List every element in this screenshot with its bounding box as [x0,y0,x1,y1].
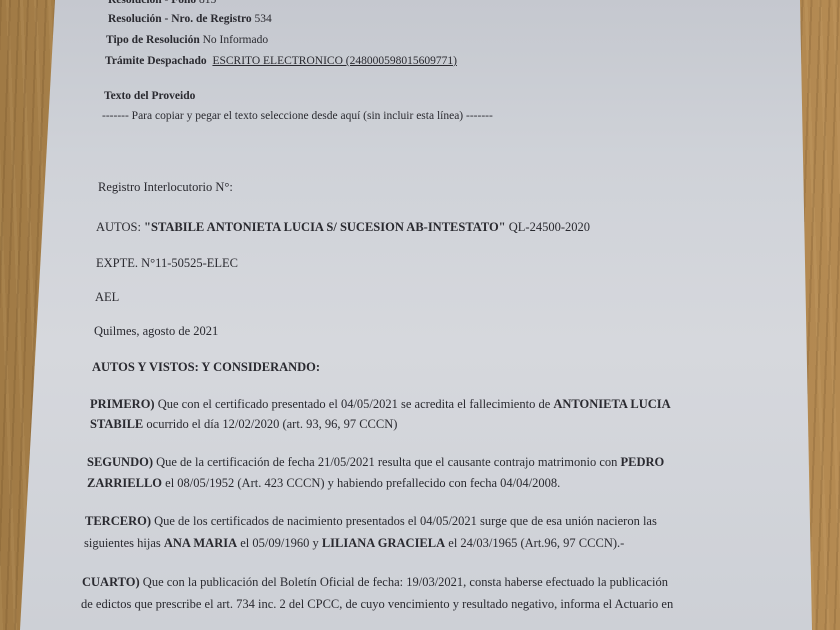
autos-prefix: AUTOS: [96,220,141,234]
folio-value: 815 [199,0,216,6]
registro-interlocutorio: Registro Interlocutorio N°: [98,180,233,195]
tipo-row: Tipo de Resolución No Informado [106,34,268,46]
tercero-text-2a: siguientes hijas [84,536,161,550]
tercero-text-2b: el 05/09/1960 y [240,536,318,550]
tramite-label: Trámite Despachado [105,55,207,67]
cuarto-line2: de edictos que prescribe el art. 734 inc… [81,597,673,612]
folio-row: Resolución - Folio 815 [108,0,216,6]
primero-line1: PRIMERO) Que con el certificado presenta… [90,397,671,412]
tercero-line1: TERCERO) Que de los certificados de naci… [85,514,657,529]
tercero-bold-2: LILIANA GRACIELA [322,536,445,550]
folio-label: Resolución - Folio [108,0,196,6]
primero-label: PRIMERO) [90,397,155,411]
primero-bold-1: ANTONIETA LUCIA [553,397,670,411]
expediente: EXPTE. N°11-50525-ELEC [96,256,238,271]
tercero-line2: siguientes hijas ANA MARIA el 05/09/1960… [84,536,624,551]
cuarto-line1: CUARTO) Que con la publicación del Bolet… [82,575,668,590]
segundo-label: SEGUNDO) [87,455,153,469]
autos-title: "STABILE ANTONIETA LUCIA S/ SUCESION AB-… [144,220,506,234]
primero-bold-2: STABILE [90,417,143,431]
registro-row: Resolución - Nro. de Registro 534 [108,13,272,25]
cuarto-label: CUARTO) [82,575,140,589]
tercero-label: TERCERO) [85,514,151,528]
considerando-heading: AUTOS Y VISTOS: Y CONSIDERANDO: [92,360,320,375]
registro-label: Resolución - Nro. de Registro [108,13,252,25]
tercero-text-1: Que de los certificados de nacimiento pr… [154,514,657,528]
ael: AEL [95,290,119,305]
place-date: Quilmes, agosto de 2021 [94,324,218,339]
primero-text-1: Que con el certificado presentado el 04/… [158,397,551,411]
primero-text-2: ocurrido el día 12/02/2020 (art. 93, 96,… [146,417,397,431]
tercero-bold-1: ANA MARIA [164,536,237,550]
registro-value: 534 [255,13,272,25]
primero-line2: STABILE ocurrido el día 12/02/2020 (art.… [90,417,397,432]
tipo-value: No Informado [203,34,268,46]
autos-code: QL-24500-2020 [509,220,590,234]
tramite-value: ESCRITO ELECTRONICO (248000598015609771) [212,55,456,67]
autos-line: AUTOS: "STABILE ANTONIETA LUCIA S/ SUCES… [96,220,590,235]
segundo-text-2: el 08/05/1952 (Art. 423 CCCN) y habiendo… [165,476,560,490]
tipo-label: Tipo de Resolución [106,34,200,46]
segundo-line1: SEGUNDO) Que de la certificación de fech… [87,455,664,470]
segundo-text-1: Que de la certificación de fecha 21/05/2… [156,455,617,469]
tercero-text-2c: el 24/03/1965 (Art.96, 97 CCCN).- [448,536,624,550]
segundo-line2: ZARRIELLO el 08/05/1952 (Art. 423 CCCN) … [87,476,560,491]
cuarto-text-1: Que con la publicación del Boletín Ofici… [143,575,668,589]
proveido-title: Texto del Proveido [104,90,195,102]
tramite-row: Trámite Despachado ESCRITO ELECTRONICO (… [105,55,457,67]
proveido-instruction: ------- Para copiar y pegar el texto sel… [102,110,493,122]
segundo-bold-1: PEDRO [621,455,665,469]
segundo-bold-2: ZARRIELLO [87,476,162,490]
